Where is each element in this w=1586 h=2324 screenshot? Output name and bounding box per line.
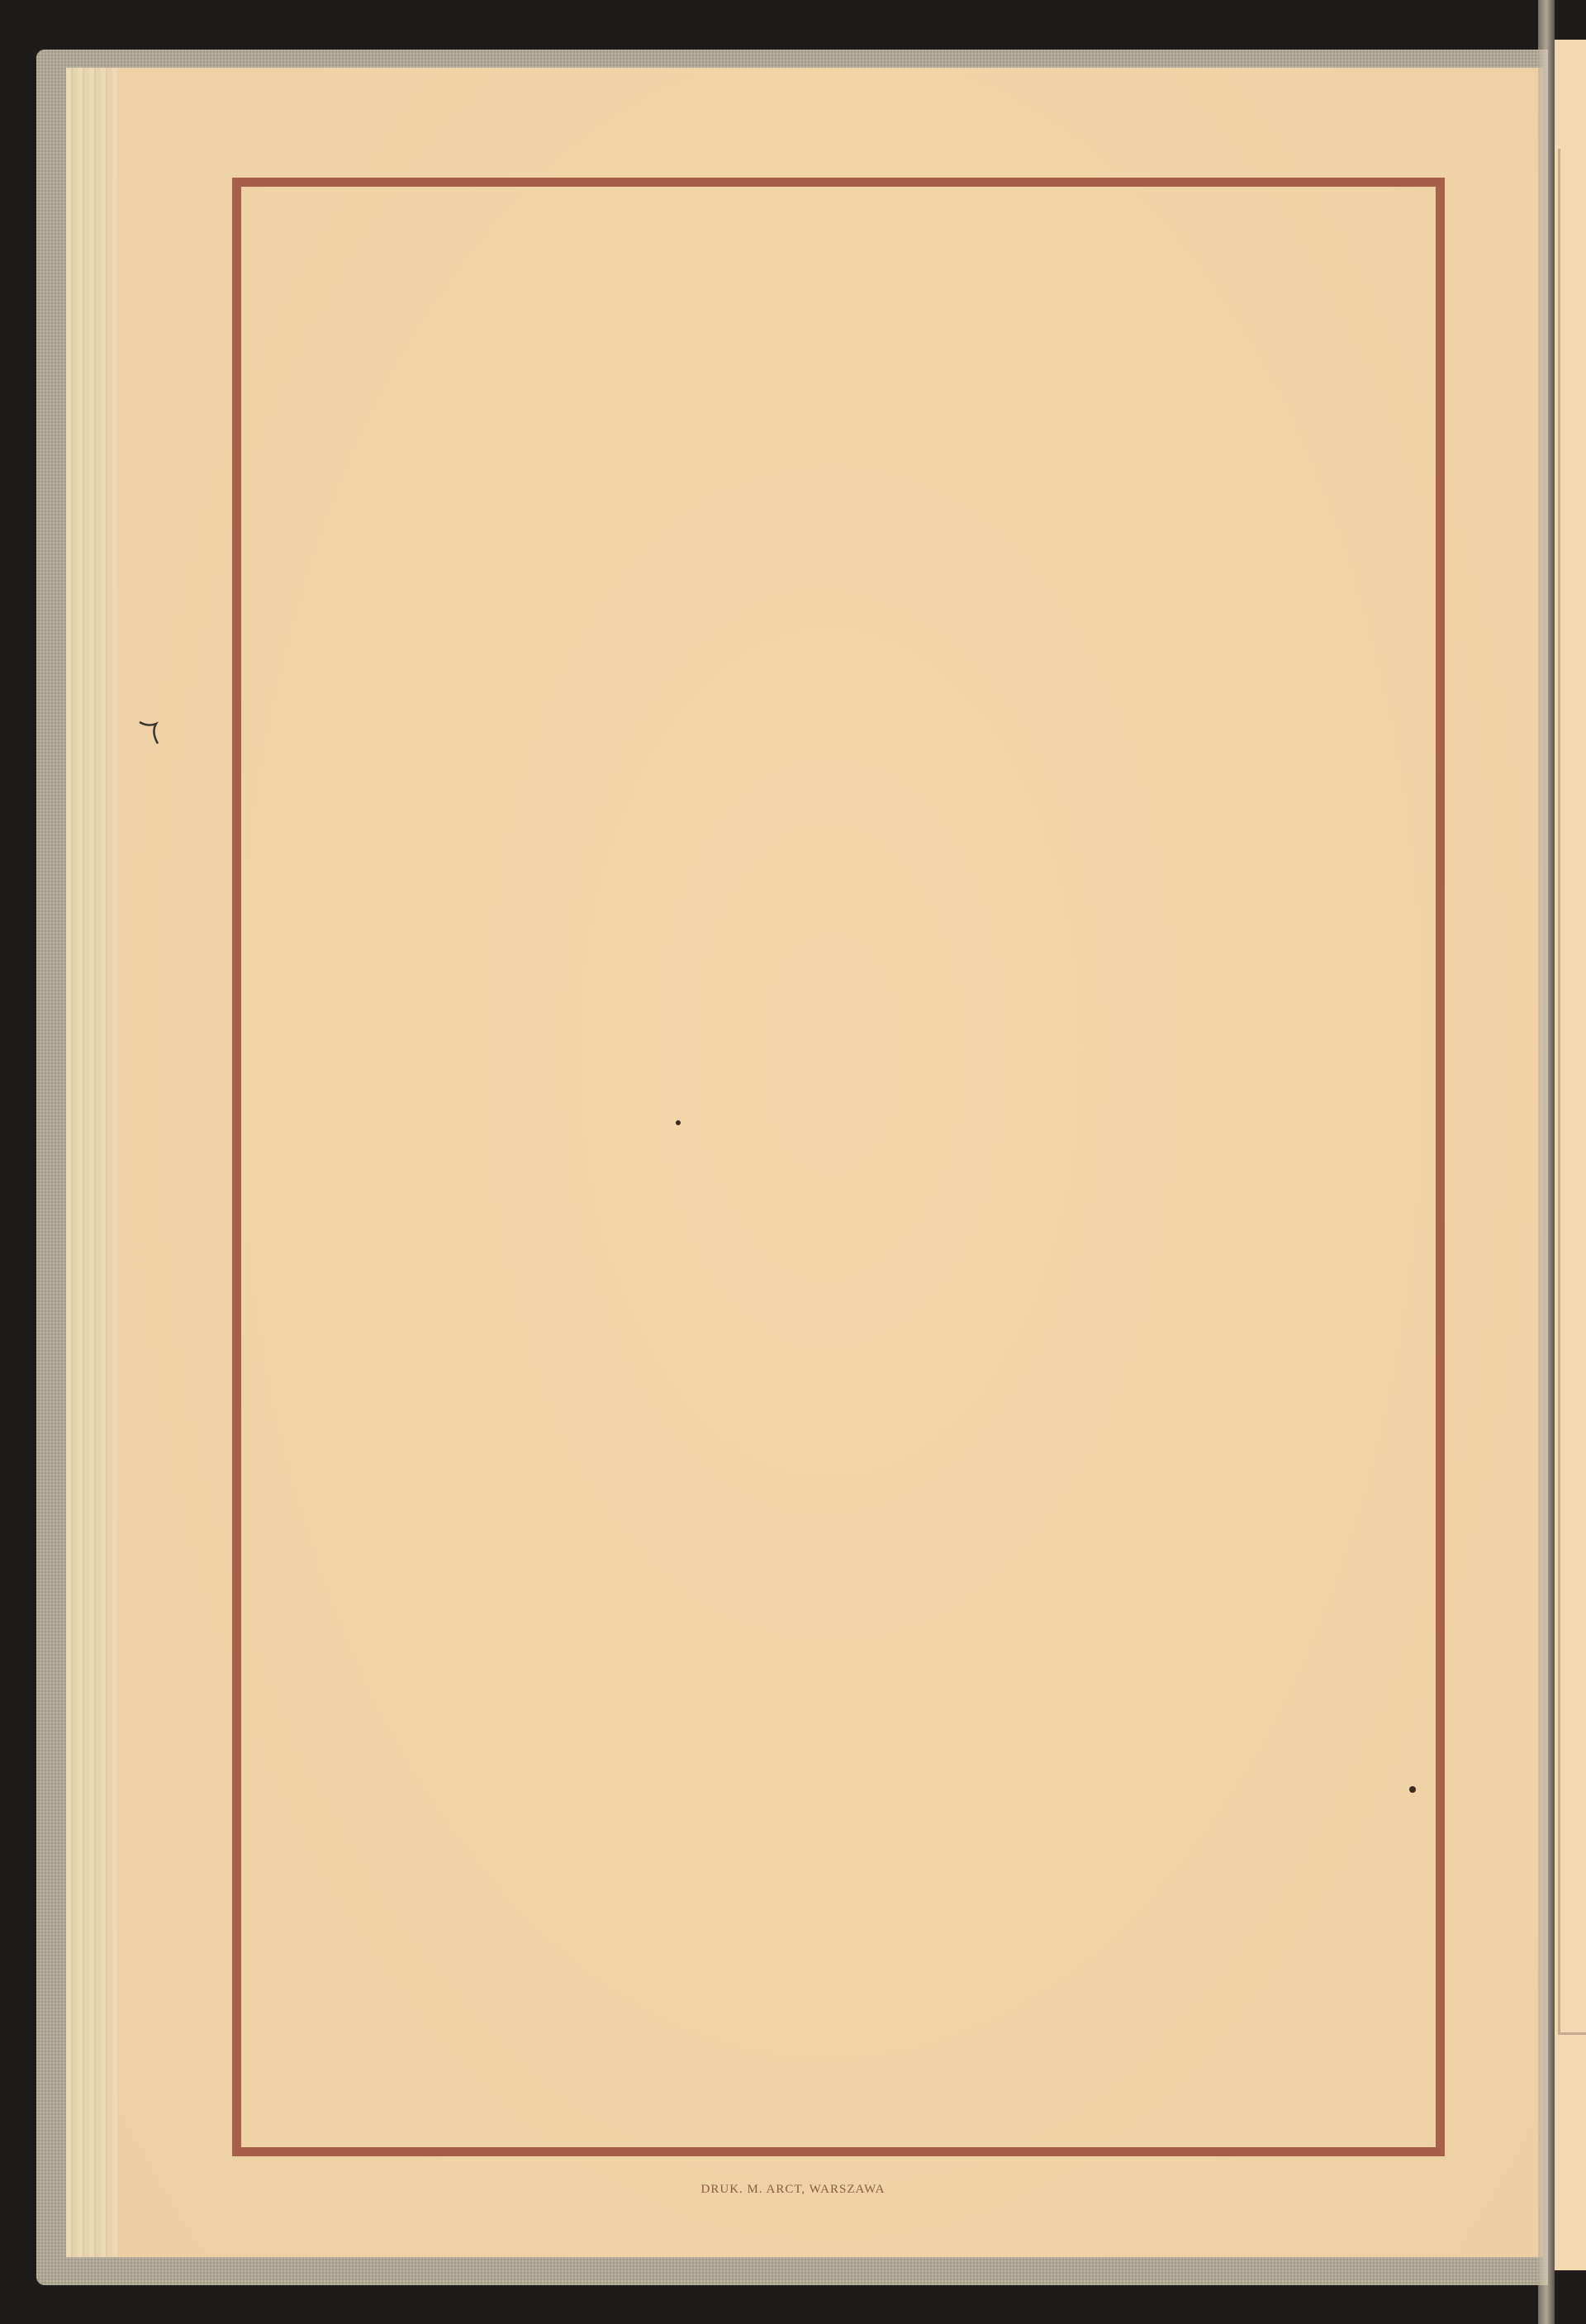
pencil-mark-icon	[136, 717, 169, 750]
ink-speck	[676, 1120, 681, 1125]
printer-imprint: DRUK. M. ARCT, WARSZAWA	[0, 2183, 1586, 2197]
ink-speck	[1409, 1786, 1416, 1793]
binding-clip	[1538, 0, 1555, 2324]
page-frame	[232, 178, 1445, 2156]
page-edges	[66, 68, 121, 2257]
adjacent-page-border	[1558, 149, 1586, 2035]
